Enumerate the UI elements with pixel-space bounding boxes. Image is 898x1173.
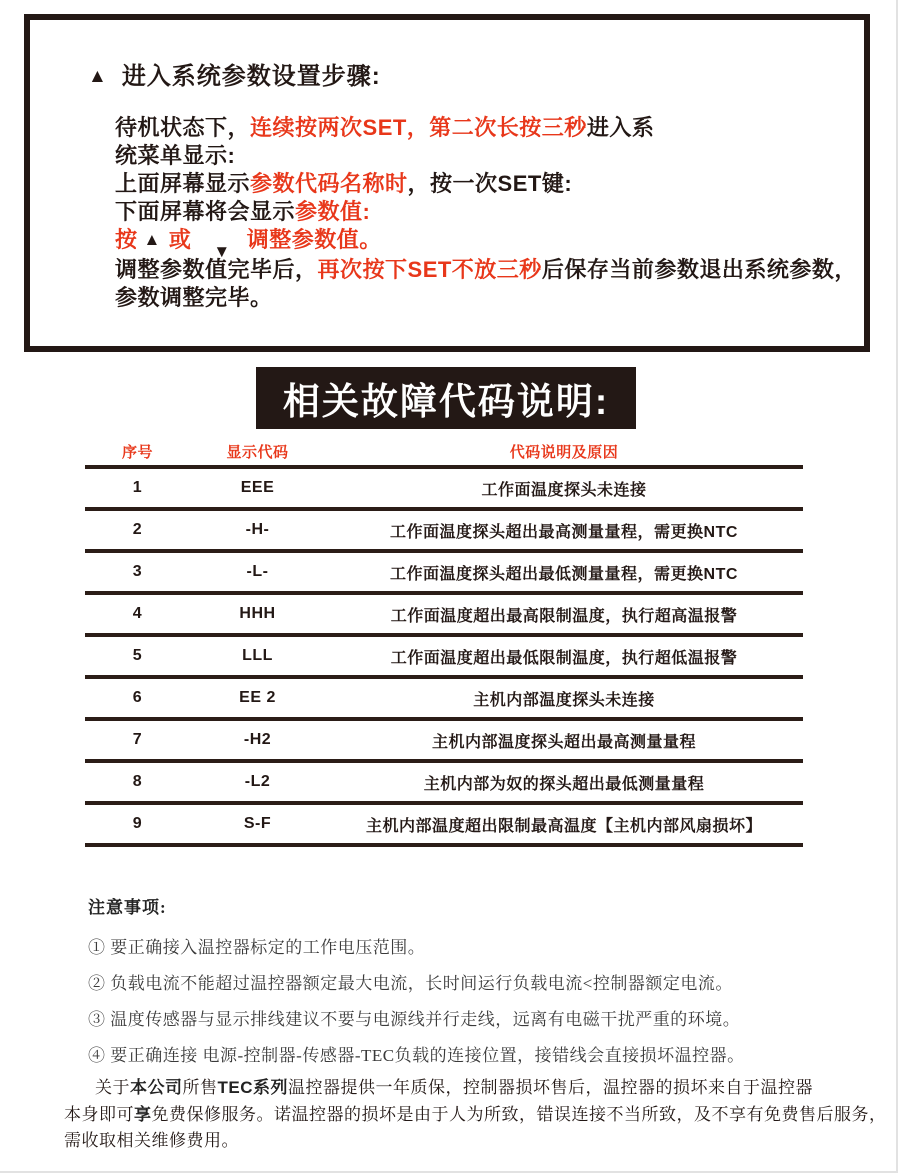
- text-segment: 参数值:: [295, 199, 370, 224]
- note-item: ② 负载电流不能超过温控器额定最大电流，长时间运行负载电流<控制器额定电流。: [88, 974, 848, 994]
- cell-serial: 5: [85, 635, 190, 677]
- cell-serial: 3: [85, 551, 190, 593]
- table-row: 2-H-工作面温度探头超出最高测量量程，需更换NTC: [85, 509, 803, 551]
- text-segment: 调整参数值。: [247, 227, 382, 252]
- text-segment: 连续按两次SET，第二次长按三秒: [250, 115, 587, 140]
- text-segment: 享: [134, 1105, 152, 1124]
- fault-code-banner: 相关故障代码说明:: [256, 367, 636, 429]
- column-header: 代码说明及原因: [325, 437, 803, 467]
- text-segment: 统菜单显示:: [115, 143, 235, 168]
- cell-code: EEE: [190, 467, 325, 509]
- note-item: ④ 要正确连接 电源-控制器-传感器-TEC负载的连接位置，接错线会直接损坏温控…: [88, 1046, 848, 1066]
- text-segment: 或: [169, 227, 192, 252]
- instruction-line: 参数调整完毕。: [115, 284, 854, 312]
- cell-description: 主机内部温度探头超出最高测量量程: [325, 719, 803, 761]
- triangle-up-icon: ▲: [88, 66, 108, 87]
- text-segment: 温控器提供一年质保，控制器损坏售后，温控器的损坏来自于温控器: [288, 1078, 813, 1097]
- note-item: ③ 温度传感器与显示排线建议不要与电源线并行走线，远离有电磁干扰严重的环境。: [88, 1010, 848, 1030]
- instruction-heading-text: 进入系统参数设置步骤:: [122, 63, 381, 90]
- text-segment: 所售: [183, 1078, 218, 1097]
- text-segment: 关于: [95, 1078, 130, 1097]
- table-row: 7-H2主机内部温度探头超出最高测量量程: [85, 719, 803, 761]
- cell-description: 工作面温度超出最高限制温度，执行超高温报警: [325, 593, 803, 635]
- instruction-heading: ▲进入系统参数设置步骤:: [88, 56, 381, 91]
- text-segment: 下面屏幕将会显示: [115, 199, 295, 224]
- cell-description: 主机内部为奴的探头超出最低测量量程: [325, 761, 803, 803]
- text-segment: TEC系列: [218, 1078, 289, 1097]
- table-row: 1EEE工作面温度探头未连接: [85, 467, 803, 509]
- table-header-row: 序号显示代码代码说明及原因: [85, 437, 803, 467]
- instruction-line: 下面屏幕将会显示参数值:: [115, 198, 854, 226]
- cell-serial: 6: [85, 677, 190, 719]
- cell-description: 工作面温度探头超出最低测量量程，需更换NTC: [325, 551, 803, 593]
- column-header: 显示代码: [190, 437, 325, 467]
- cell-description: 工作面温度探头超出最高测量量程，需更换NTC: [325, 509, 803, 551]
- fault-table: 序号显示代码代码说明及原因 1EEE工作面温度探头未连接2-H-工作面温度探头超…: [85, 437, 803, 847]
- fault-table-body: 1EEE工作面温度探头未连接2-H-工作面温度探头超出最高测量量程，需更换NTC…: [85, 467, 803, 845]
- instruction-line: 上面屏幕显示参数代码名称时，按一次SET键:: [115, 170, 854, 198]
- cell-code: -L2: [190, 761, 325, 803]
- cell-code: EE 2: [190, 677, 325, 719]
- instruction-line: 待机状态下，连续按两次SET，第二次长按三秒进入系: [115, 114, 854, 142]
- triangle-up-icon: ▲: [144, 230, 161, 249]
- table-row: 3-L-工作面温度探头超出最低测量量程，需更换NTC: [85, 551, 803, 593]
- table-row: 6EE 2主机内部温度探头未连接: [85, 677, 803, 719]
- text-segment: 上面屏幕显示: [115, 171, 250, 196]
- warranty-paragraph: 关于本公司所售TEC系列温控器提供一年质保，控制器损坏售后，温控器的损坏来自于温…: [64, 1075, 874, 1155]
- text-segment: 按: [115, 227, 138, 252]
- notes-section: 注意事项: ① 要正确接入温控器标定的工作电压范围。② 负载电流不能超过温控器额…: [88, 893, 848, 1082]
- column-header: 序号: [85, 437, 190, 467]
- text-segment: 需收取相关维修费用。: [64, 1131, 239, 1150]
- cell-description: 主机内部温度超出限制最高温度【主机内部风扇损坏】: [325, 803, 803, 845]
- cell-code: -L-: [190, 551, 325, 593]
- cell-code: S-F: [190, 803, 325, 845]
- cell-serial: 7: [85, 719, 190, 761]
- table-row: 4HHH工作面温度超出最高限制温度，执行超高温报警: [85, 593, 803, 635]
- cell-serial: 4: [85, 593, 190, 635]
- text-segment: 后保存当前参数退出系统参数，: [542, 257, 857, 282]
- cell-description: 工作面温度探头未连接: [325, 467, 803, 509]
- text-segment: 本公司: [130, 1078, 183, 1097]
- banner-title: 相关故障代码说明:: [283, 371, 609, 425]
- note-item: ① 要正确接入温控器标定的工作电压范围。: [88, 938, 848, 958]
- cell-code: LLL: [190, 635, 325, 677]
- cell-serial: 9: [85, 803, 190, 845]
- instruction-line: 按▲或▼调整参数值。: [115, 226, 854, 256]
- cell-code: HHH: [190, 593, 325, 635]
- warranty-line: 关于本公司所售TEC系列温控器提供一年质保，控制器损坏售后，温控器的损坏来自于温…: [95, 1075, 874, 1102]
- cell-serial: 8: [85, 761, 190, 803]
- notes-list: ① 要正确接入温控器标定的工作电压范围。② 负载电流不能超过温控器额定最大电流，…: [88, 938, 848, 1066]
- manual-page: ▲进入系统参数设置步骤: 待机状态下，连续按两次SET，第二次长按三秒进入系统菜…: [0, 0, 898, 1173]
- warranty-line: 本身即可享免费保修服务。诺温控器的损坏是由于人为所致，错误连接不当所致，及不享有…: [64, 1102, 874, 1129]
- instruction-box: ▲进入系统参数设置步骤: 待机状态下，连续按两次SET，第二次长按三秒进入系统菜…: [24, 14, 870, 352]
- text-segment: ，按一次SET键:: [408, 171, 573, 196]
- instruction-lines: 待机状态下，连续按两次SET，第二次长按三秒进入系统菜单显示:上面屏幕显示参数代…: [115, 114, 854, 312]
- fault-table-head: 序号显示代码代码说明及原因: [85, 437, 803, 467]
- table-row: 9S-F主机内部温度超出限制最高温度【主机内部风扇损坏】: [85, 803, 803, 845]
- text-segment: 进入系: [587, 115, 655, 140]
- cell-serial: 1: [85, 467, 190, 509]
- text-segment: 本身即可: [64, 1105, 134, 1124]
- notes-title: 注意事项:: [88, 893, 848, 918]
- table-row: 5LLL工作面温度超出最低限制温度，执行超低温报警: [85, 635, 803, 677]
- cell-description: 主机内部温度探头未连接: [325, 677, 803, 719]
- text-segment: 再次按下SET不放三秒: [318, 257, 542, 282]
- instruction-line: 统菜单显示:: [115, 142, 854, 170]
- cell-serial: 2: [85, 509, 190, 551]
- text-segment: 参数代码名称时: [250, 171, 408, 196]
- table-row: 8-L2主机内部为奴的探头超出最低测量量程: [85, 761, 803, 803]
- text-segment: 免费保修服务。诺温控器的损坏是由于人为所致，错误连接不当所致，及不享有免费售后服…: [152, 1105, 887, 1124]
- triangle-down-icon: ▼: [213, 238, 230, 266]
- text-segment: 待机状态下，: [115, 115, 250, 140]
- text-segment: 参数调整完毕。: [115, 285, 273, 310]
- cell-code: -H2: [190, 719, 325, 761]
- cell-code: -H-: [190, 509, 325, 551]
- warranty-line: 需收取相关维修费用。: [64, 1128, 874, 1155]
- cell-description: 工作面温度超出最低限制温度，执行超低温报警: [325, 635, 803, 677]
